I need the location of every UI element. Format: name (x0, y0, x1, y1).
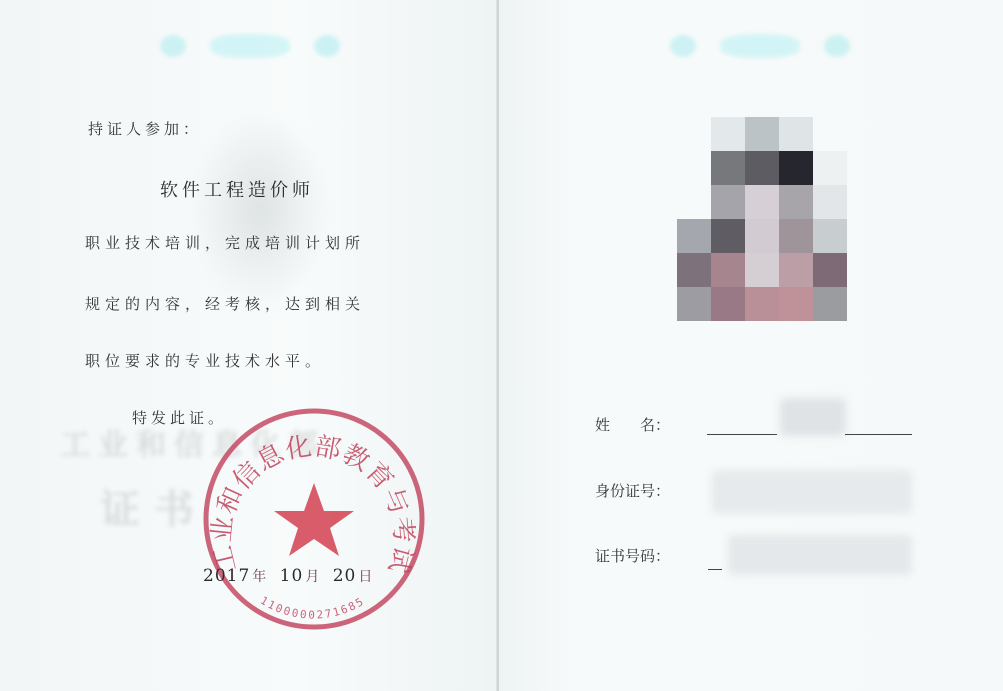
top-ornament-left (160, 32, 340, 60)
star-icon (274, 483, 354, 556)
mosaic-cell (677, 253, 711, 287)
day-unit: 日 (358, 569, 373, 585)
mosaic-cell (745, 185, 779, 219)
mosaic-cell (779, 219, 813, 253)
body-line-2: 规定的内容，经考核，达到相关 (85, 293, 365, 314)
course-title: 软件工程造价师 (160, 176, 314, 202)
mosaic-cell (813, 219, 847, 253)
mosaic-cell (813, 287, 847, 321)
mosaic-cell (711, 117, 745, 151)
year-unit: 年 (252, 569, 267, 585)
pixelated-photo (677, 117, 881, 321)
certificate-number-redacted (728, 535, 912, 575)
official-seal: 工业和信息化部教育与考试中心 1100000271685 (200, 405, 428, 633)
issue-day: 20 (333, 566, 357, 586)
svg-text:工业和信息化部教育与考试中心: 工业和信息化部教育与考试中心 (200, 405, 419, 577)
name-value-redacted (780, 398, 846, 436)
certificate-spread: 工业和信息化部 证书 持证人参加： 软件工程造价师 职业技术培训，完成培训计划所… (0, 0, 1003, 691)
mosaic-cell (677, 287, 711, 321)
mosaic-cell (711, 151, 745, 185)
right-page (499, 0, 1003, 691)
month-unit: 月 (305, 569, 320, 585)
id-number-label: 身份证号： (595, 480, 670, 501)
mosaic-cell (779, 151, 813, 185)
mosaic-cell (745, 219, 779, 253)
body-line-1: 职业技术培训，完成培训计划所 (85, 232, 365, 253)
body-line-3: 职位要求的专业技术水平。 (85, 350, 325, 371)
mosaic-cell (745, 253, 779, 287)
watermark-emblem (190, 110, 330, 310)
mosaic-cell (779, 117, 813, 151)
mosaic-cell (711, 219, 745, 253)
certificate-number-label: 证书号码： (595, 545, 670, 566)
mosaic-cell (813, 253, 847, 287)
name-label: 姓 名： (595, 414, 670, 435)
mosaic-cell (813, 151, 847, 185)
certificate-number-underline (708, 569, 722, 570)
mosaic-cell (745, 151, 779, 185)
issue-year: 2017 (203, 566, 250, 586)
mosaic-cell (677, 219, 711, 253)
left-page: 工业和信息化部 证书 持证人参加： 软件工程造价师 职业技术培训，完成培训计划所… (0, 0, 497, 691)
mosaic-cell (711, 185, 745, 219)
top-ornament-right (670, 32, 850, 60)
id-number-redacted (712, 470, 912, 514)
mosaic-cell (779, 287, 813, 321)
mosaic-cell (813, 185, 847, 219)
watermark-line-2: 证书 (100, 478, 208, 535)
mosaic-cell (779, 253, 813, 287)
mosaic-cell (779, 185, 813, 219)
mosaic-cell (711, 287, 745, 321)
name-underline-right (845, 434, 912, 435)
issue-date: 2017年 10月 20日 (203, 566, 379, 586)
holder-intro: 持证人参加： (88, 118, 202, 139)
mosaic-cell (745, 287, 779, 321)
mosaic-cell (745, 117, 779, 151)
issue-month: 10 (280, 566, 304, 586)
mosaic-cell (711, 253, 745, 287)
name-underline-left (707, 434, 777, 435)
